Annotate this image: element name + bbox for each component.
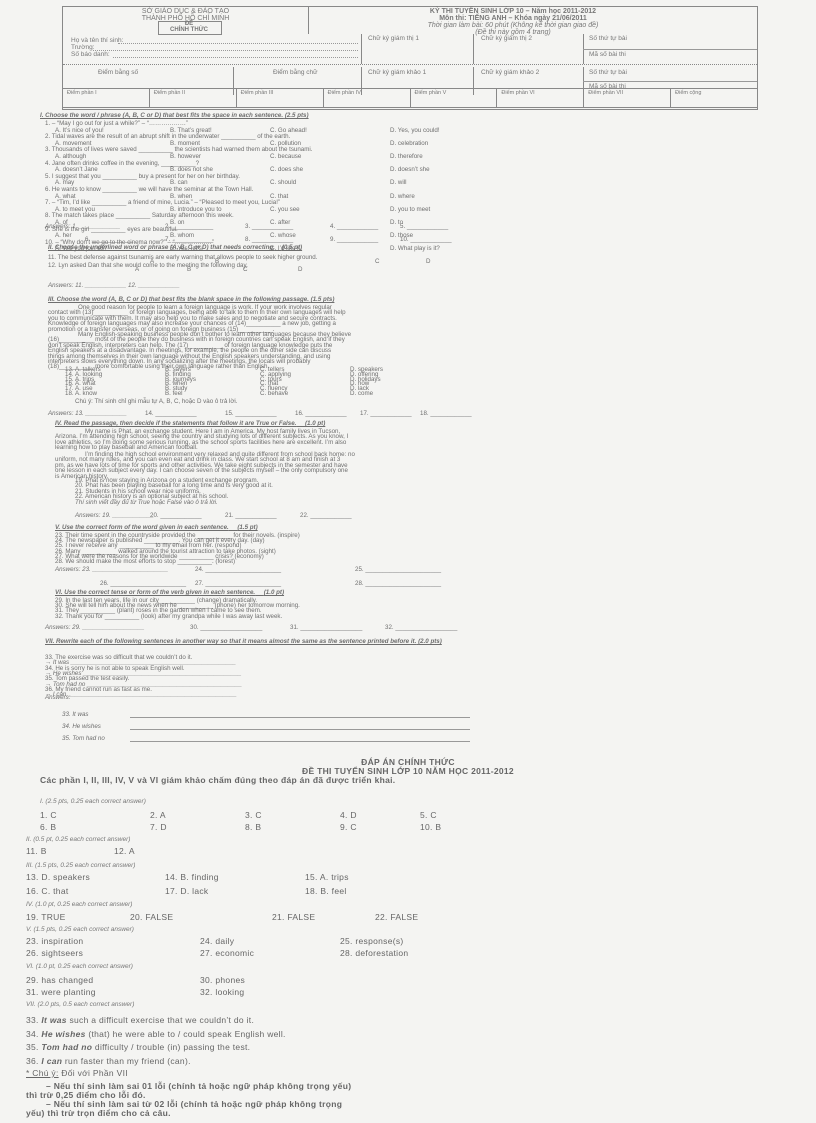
- answer-blank: Answers: 29. __________________: [45, 624, 144, 631]
- answer-blank: 28. ______________________: [355, 580, 441, 587]
- exam-title: KỲ THI TUYỂN SINH LỚP 10 – Năm học 2011-…: [313, 8, 713, 36]
- section2-answers: Answers: 11. ____________ 12. __________…: [48, 282, 180, 289]
- key-answer: 19. TRUE: [26, 912, 66, 922]
- key-answer: 9. C: [340, 822, 357, 832]
- answer-blank: 14. ____________: [145, 410, 197, 417]
- key-answer: 29. has changed: [26, 975, 93, 985]
- answer-blank: 24. ______________________: [195, 566, 281, 573]
- key-heading: VI. (1.0 pt, 0.25 each correct answer): [26, 963, 133, 970]
- answer-blank: 5. ____________: [400, 223, 448, 230]
- part-score-cell: Điểm phần IV: [324, 89, 411, 107]
- key-heading: I. (2.5 pts, 0.25 each correct answer): [40, 798, 146, 805]
- option: D. come: [350, 390, 373, 397]
- section3-note: Chú ý: Thí sinh chỉ ghi mẫu tự A, B, C, …: [75, 398, 238, 405]
- option-letter: B: [187, 266, 191, 273]
- answer-blank: 2. ____________: [165, 223, 213, 230]
- key-rewrite-answer: 35. Tom had no difficulty / trouble (in)…: [26, 1042, 250, 1052]
- key-answer: 5. C: [420, 810, 437, 820]
- option: C. behave: [260, 390, 288, 397]
- score-text-label: Điểm bằng chữ: [273, 69, 317, 76]
- part-score-cell: Điểm phần II: [150, 89, 237, 107]
- key-heading: II. (0.5 pt, 0.25 each correct answer): [26, 836, 130, 843]
- key-answer: 27. economic: [200, 948, 254, 958]
- part-scores-table: Điểm phần IĐiểm phần IIĐiểm phần IIIĐiểm…: [62, 88, 758, 108]
- option: C. I’d like it.: [270, 245, 302, 252]
- key-answer: 21. FALSE: [272, 912, 315, 922]
- answer-blank: 31. __________________: [290, 624, 362, 631]
- key-answer: 4. D: [340, 810, 357, 820]
- section5-title: V. Use the correct form of the word give…: [55, 524, 258, 531]
- examiner1-label: Chữ ký giám khảo 1: [368, 69, 426, 76]
- key-note-line: yếu) thì trừ trọn điểm cho cả câu.: [26, 1108, 171, 1118]
- answer-blank: 27. ______________________: [195, 580, 281, 587]
- answer-blank: 6. ____________: [85, 236, 133, 243]
- key-answer: 30. phones: [200, 975, 245, 985]
- answer-blank: 32. __________________: [385, 624, 457, 631]
- key-note-heading: * Chú ý: Đối với Phần VII: [26, 1068, 128, 1078]
- key-answer: 23. inspiration: [26, 936, 83, 946]
- answer-blank: 21. ____________: [225, 512, 277, 519]
- invigilator2-label: Chữ ký giám thị 2: [481, 35, 532, 42]
- part-score-cell: Điểm phần VII: [584, 89, 671, 107]
- answer-blank: Answers: 13. ____________: [48, 410, 127, 417]
- official-label: ĐỀ CHÍNH THỨC: [158, 21, 220, 33]
- key-answer: 16. C. that: [26, 886, 69, 896]
- key-answer: 28. deforestation: [340, 948, 408, 958]
- answer-blank: 22. ____________: [300, 512, 352, 519]
- key-answer: 24. daily: [200, 936, 234, 946]
- key-rewrite-answer: 34. He wishes (that) he were able to / c…: [26, 1029, 286, 1039]
- section1-title: I. Choose the word / phrase (A, B, C or …: [40, 112, 309, 119]
- option-letter: A: [135, 266, 139, 273]
- key-answer: 32. looking: [200, 987, 244, 997]
- answer-blank: 17. ____________: [360, 410, 412, 417]
- score-number-label: Điểm bằng số: [98, 69, 138, 76]
- option: D. doesn’t she: [390, 166, 430, 173]
- code1-label: Số thứ tự bài: [589, 35, 627, 42]
- key-answer: 17. D. lack: [165, 886, 208, 896]
- option-letter: D: [426, 258, 430, 265]
- answer-blank: 25. ______________________: [355, 566, 441, 573]
- option: D. where: [390, 193, 415, 200]
- answer-blank: 16. ____________: [295, 410, 347, 417]
- answer-line: 34. He wishes: [62, 723, 101, 730]
- key-heading: V. (1.5 pts, 0.25 each correct answer): [26, 926, 134, 933]
- option: D. you to meet: [390, 206, 430, 213]
- option: D. therefore: [390, 153, 423, 160]
- code2-label: Số thứ tự bài: [589, 69, 627, 76]
- option: 18. A. know: [65, 390, 97, 397]
- key-heading: III. (1.5 pts, 0.25 each correct answer): [26, 862, 135, 869]
- option: D. What play is it?: [390, 245, 440, 252]
- key-answer: 10. B: [420, 822, 441, 832]
- part-score-cell: Điểm phần V: [411, 89, 498, 107]
- key-answer: 15. A. trips: [305, 872, 349, 882]
- answer-blank: 26. ______________________: [100, 580, 186, 587]
- option: B. feel: [165, 390, 183, 397]
- answer-blank: Answers: 1. ____________: [45, 223, 120, 230]
- section6-title: VI. Use the correct tense or form of the…: [55, 589, 284, 596]
- invigilator1-label: Chữ ký giám thị 1: [368, 35, 419, 42]
- key-answer: 11. B: [26, 846, 47, 856]
- option: B. Yes, let’s!: [170, 245, 204, 252]
- part-score-cell: Điểm phần III: [237, 89, 324, 107]
- option: D. will: [390, 179, 407, 186]
- answer-blank: Answers: 19. ____________: [75, 512, 154, 519]
- answer-blank: 15. ____________: [225, 410, 277, 417]
- answer-underline: [130, 717, 470, 718]
- candidate-name-label: Họ và tên thí sinh:: [71, 37, 123, 44]
- answer-blank: 18. ____________: [420, 410, 472, 417]
- statement: 22. American history is an optional subj…: [75, 493, 228, 500]
- exam-page: SỞ GIÁO DỤC & ĐÀO TẠO THÀNH PHỐ HỒ CHÍ M…: [0, 0, 816, 1123]
- answer-line: 35. Tom had no: [62, 735, 105, 742]
- answer-blank: 10. ____________: [400, 236, 452, 243]
- part-score-cell: Điểm phần I: [63, 89, 150, 107]
- option: C. you see: [270, 206, 300, 213]
- option-letter: D: [298, 266, 302, 273]
- key-answer: 26. sightseers: [26, 948, 83, 958]
- answer-blank: 8. ____________: [245, 236, 293, 243]
- key-answer: 25. response(s): [340, 936, 404, 946]
- key-answer: 1. C: [40, 810, 57, 820]
- answer-blank: 3. ____________: [245, 223, 293, 230]
- option-letter: A: [150, 258, 154, 265]
- section3-title: III. Choose the word (A, B, C or D) that…: [48, 296, 334, 303]
- secret1-label: Mã số bài thi: [589, 51, 626, 58]
- key-heading: VII. (2.0 pts, 0.5 each correct answer): [26, 1001, 134, 1008]
- answer-blank: 20. ____________: [150, 512, 202, 519]
- candidate-info: Họ và tên thí sinh: Trường: Số báo danh:: [71, 37, 123, 58]
- examiner2-label: Chữ ký giám khảo 2: [481, 69, 539, 76]
- answer-underline: [130, 741, 470, 742]
- option: C. should: [270, 179, 296, 186]
- section7-title: VII. Rewrite each of the following sente…: [45, 638, 465, 645]
- key-answer: 3. C: [245, 810, 262, 820]
- key-answer: 2. A: [150, 810, 166, 820]
- option-letter: C: [243, 266, 247, 273]
- answer-blank: Answers: 23. ______________________: [55, 566, 168, 573]
- rewrite-prompt: → I can ________________________________…: [45, 691, 237, 698]
- key-rewrite-answer: 36. I can run faster than my friend (can…: [26, 1056, 191, 1066]
- answer-key-intro: Các phần I, II, III, IV, V và VI giám kh…: [40, 776, 640, 785]
- key-heading: IV. (1.0 pt, 0.25 each correct answer): [26, 901, 132, 908]
- answer-blank: 7. ____________: [165, 236, 213, 243]
- question-6: 6. He wants to know __________ we will h…: [45, 186, 253, 193]
- option: D. Yes, you could!: [390, 127, 440, 134]
- answer-line: 33. It was: [62, 711, 88, 718]
- key-answer: 14. B. finding: [165, 872, 219, 882]
- option: A. Will you join us?: [55, 245, 107, 252]
- answer-blank: 4. ____________: [330, 223, 378, 230]
- answer-blank: 30. __________________: [190, 624, 262, 631]
- key-answer: 31. were planting: [26, 987, 96, 997]
- key-answer: 6. B: [40, 822, 56, 832]
- option: D. celebration: [390, 140, 428, 147]
- option: C. because: [270, 153, 301, 160]
- answer-underline: [130, 729, 470, 730]
- key-answer: 20. FALSE: [130, 912, 173, 922]
- key-answer: 7. D: [150, 822, 167, 832]
- question-11: 11. The best defense against tsunamis ar…: [48, 254, 317, 261]
- part-score-cell: Điểm cộng: [671, 89, 757, 107]
- section4-title: IV. Read the passage, then decide if the…: [55, 420, 325, 427]
- key-answer: 12. A: [114, 846, 135, 856]
- part-score-cell: Điểm phần VI: [497, 89, 584, 107]
- key-answer: 18. B. feel: [305, 886, 347, 896]
- answer-blank: 9. ____________: [330, 236, 378, 243]
- option: C. does she: [270, 166, 303, 173]
- question: 32. Thank you for __________ (look) afte…: [55, 613, 282, 620]
- question-8: 8. The match takes place __________ Satu…: [45, 212, 234, 219]
- option-letter: C: [375, 258, 379, 265]
- key-rewrite-answer: 33. It was such a difficult exercise tha…: [26, 1015, 254, 1025]
- option-letter: B: [215, 258, 219, 265]
- dept-name: SỞ GIÁO DỤC & ĐÀO TẠO THÀNH PHỐ HỒ CHÍ M…: [63, 8, 308, 22]
- key-answer: 8. B: [245, 822, 261, 832]
- question: 28. We should make the most efforts to s…: [55, 558, 235, 565]
- key-answer: 13. D. speakers: [26, 872, 90, 882]
- key-answer: 22. FALSE: [375, 912, 418, 922]
